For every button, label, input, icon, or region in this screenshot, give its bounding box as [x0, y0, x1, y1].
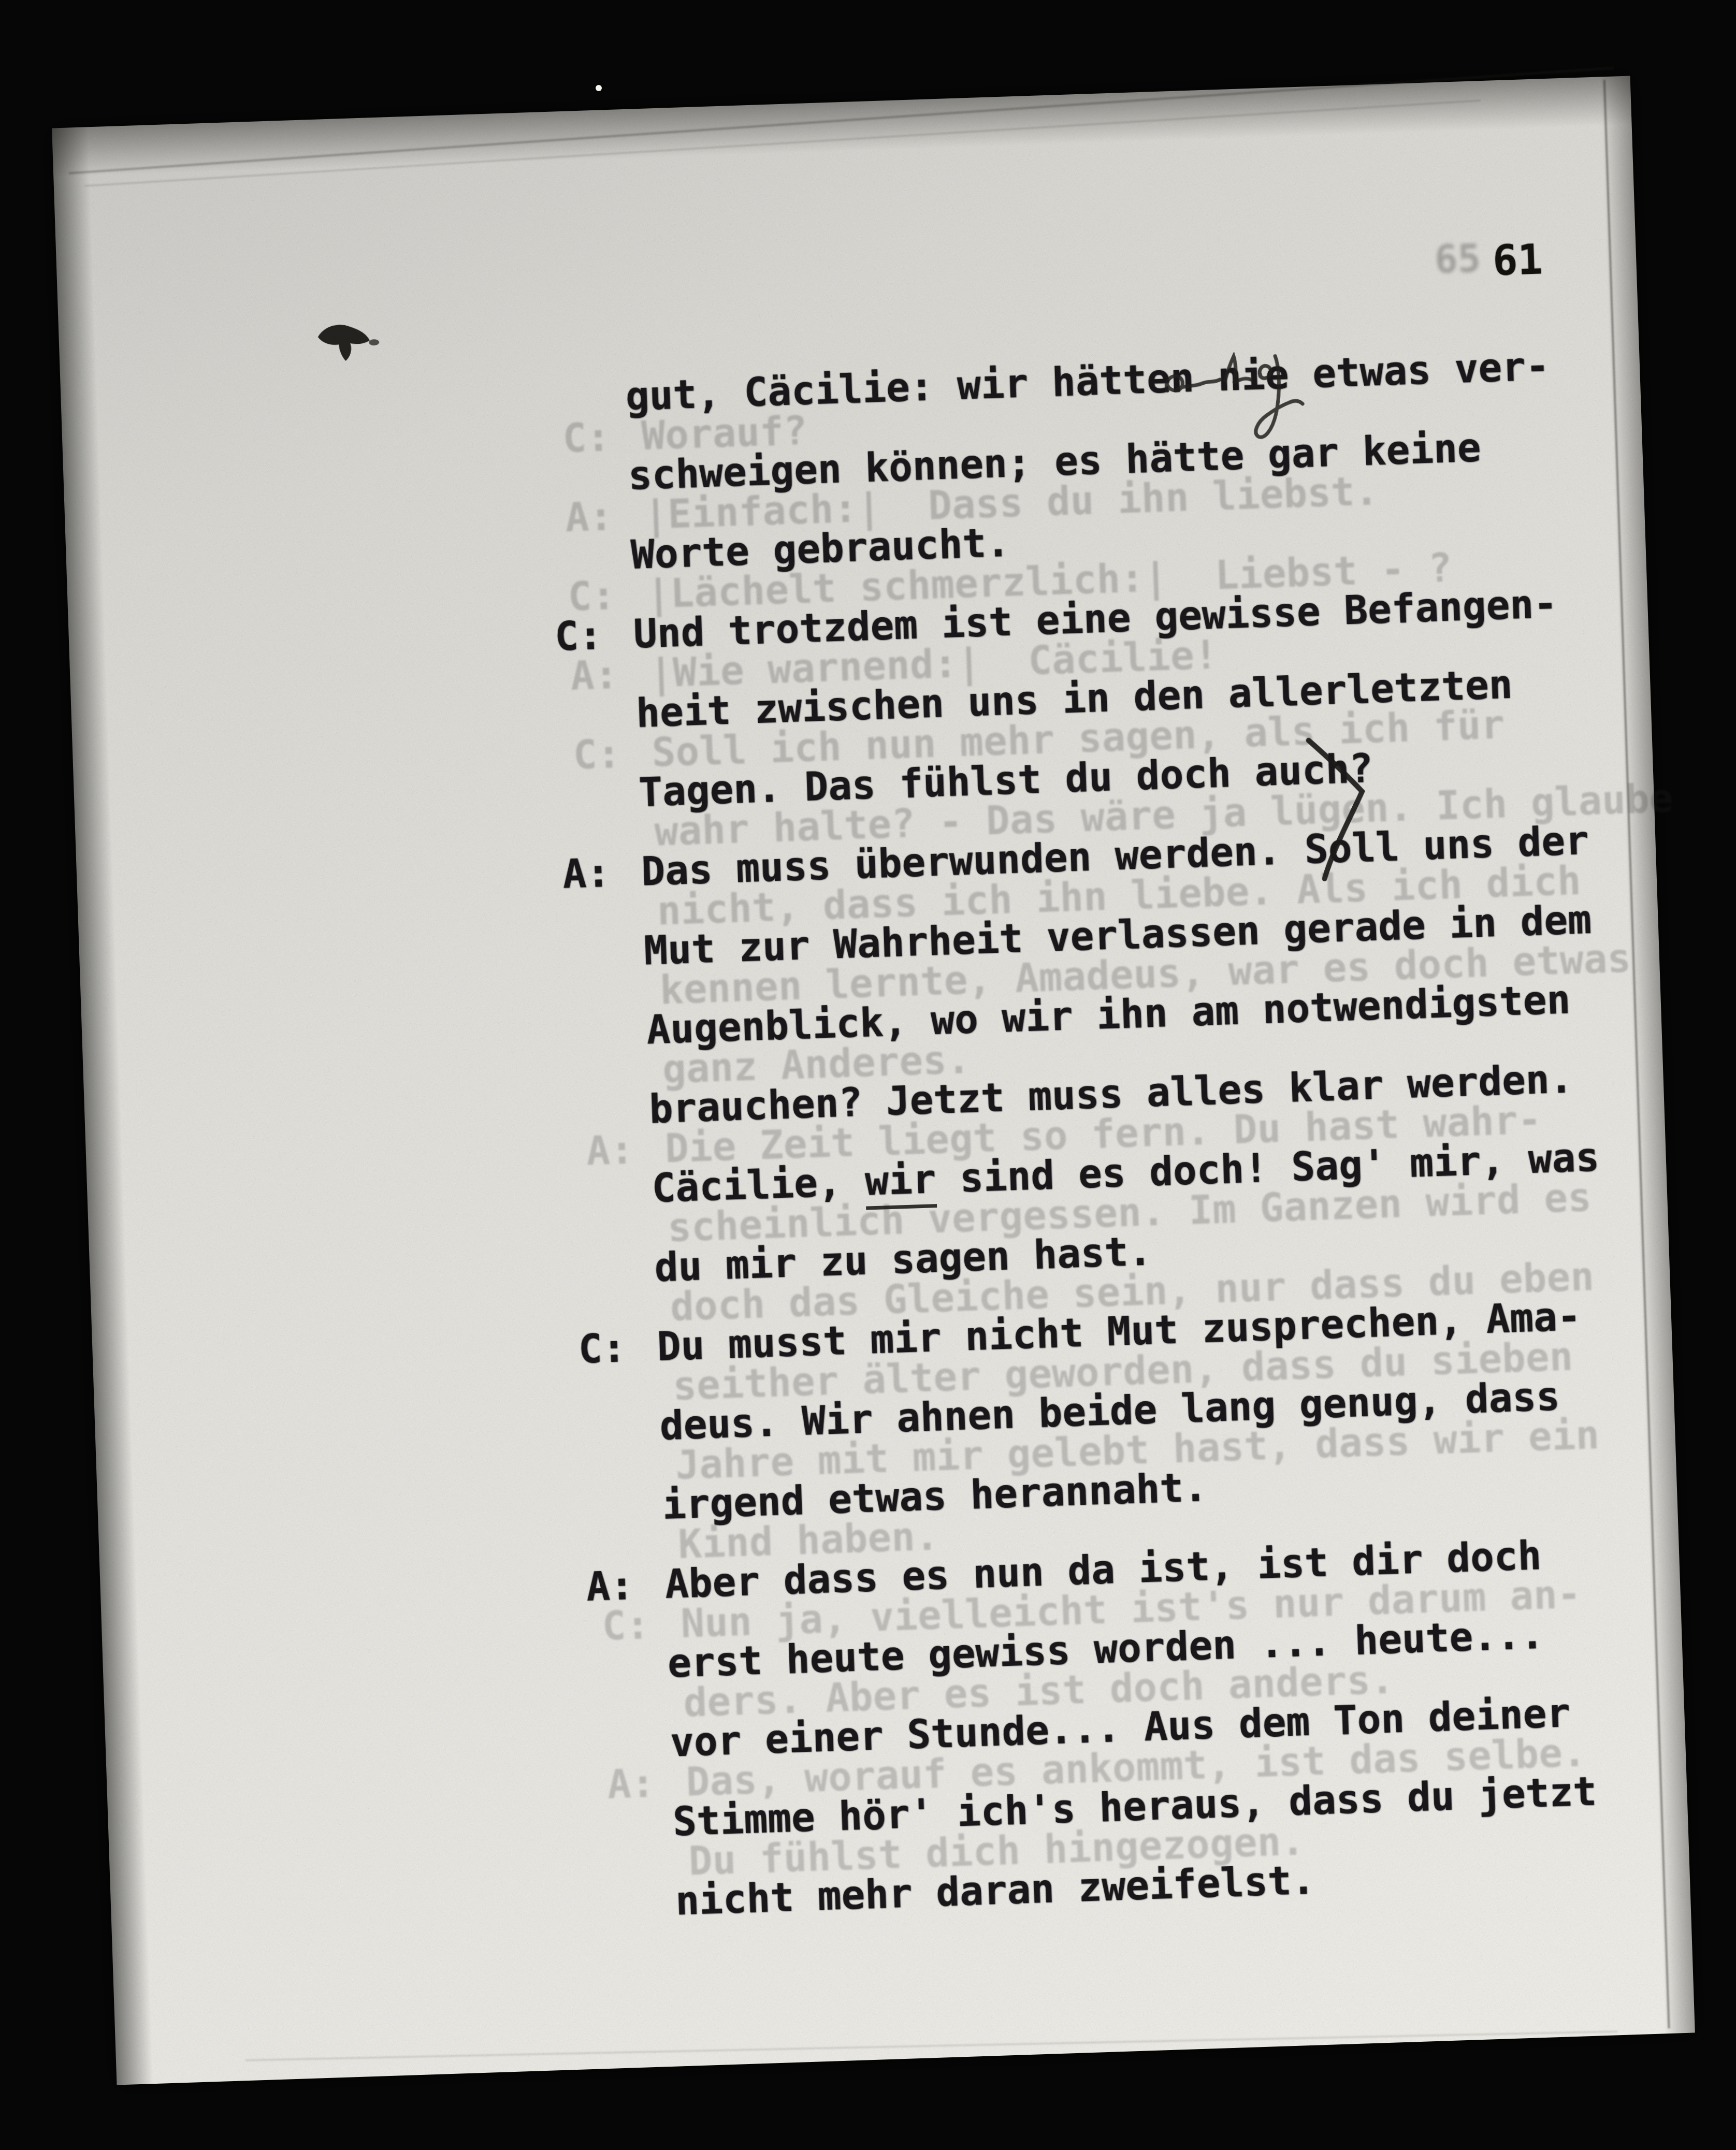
speaker-label: A:: [585, 1110, 635, 1190]
ink-blot: [308, 310, 398, 380]
speaker-label: A:: [561, 833, 612, 914]
ghost-page-number: 65: [1434, 236, 1482, 282]
scanned-typescript-page: { "document": { "page_number": "61", "gh…: [0, 0, 1736, 2150]
speaker-label: A:: [606, 1744, 656, 1824]
scan-shadow-top: [52, 76, 1631, 177]
dust-speck: [596, 85, 602, 91]
scan-shadow-left: [52, 127, 153, 2085]
speaker-label: A:: [564, 476, 614, 557]
page-number: 61: [1492, 235, 1543, 285]
speaker-label: C:: [561, 397, 612, 478]
speaker-label: C:: [577, 1308, 627, 1389]
speaker-label: C:: [554, 595, 604, 676]
underlined-word: wir: [864, 1156, 937, 1210]
paper-sheet: 65 61 C:Worauf?A:|Einfach:| Dass du ihn …: [52, 76, 1695, 2085]
paper-crease-bottom: [245, 2031, 1617, 2061]
speaker-label: A:: [585, 1546, 635, 1626]
typewritten-dialogue: gut, Cäcilie: wir hätten nie etwas ver-s…: [624, 321, 1736, 1941]
speaker-label: C:: [572, 714, 622, 795]
